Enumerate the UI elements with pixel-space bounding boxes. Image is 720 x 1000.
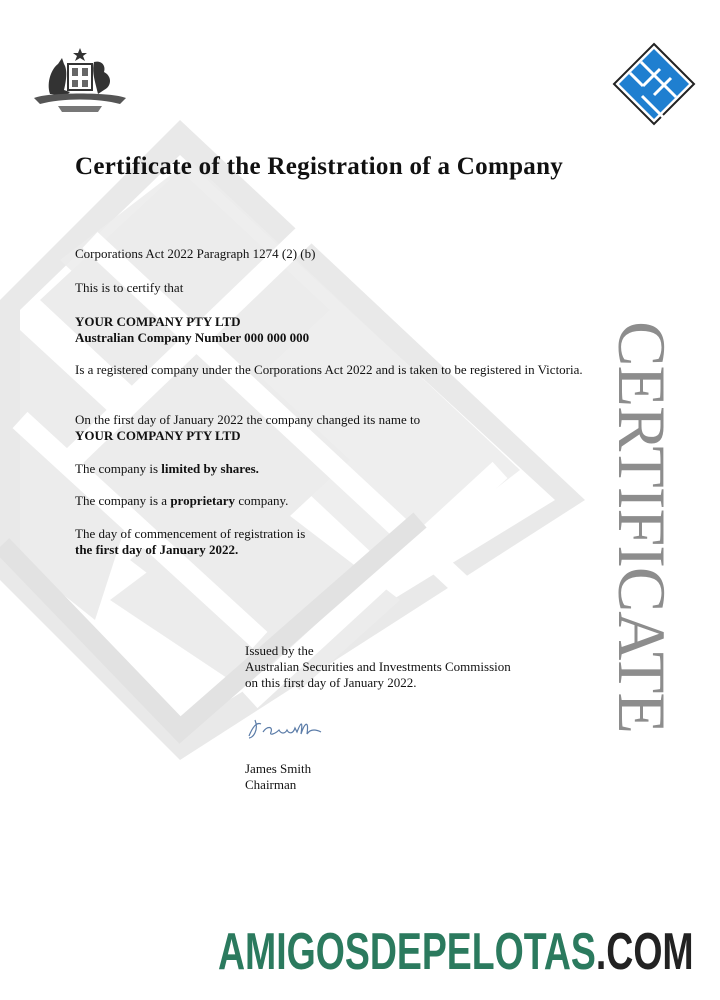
side-label-text: CERTIFICATE (608, 321, 676, 733)
issuer-line-2: Australian Securities and Investments Co… (245, 659, 511, 675)
commencement-block: The day of commencement of registration … (75, 526, 305, 558)
name-change-block: On the first day of January 2022 the com… (75, 412, 420, 444)
company-identity: YOUR COMPANY PTY LTD Australian Company … (75, 314, 309, 346)
proprietary-value: proprietary (170, 493, 235, 508)
signature-icon (245, 716, 345, 742)
limited-value: limited by shares. (161, 461, 259, 476)
limited-statement: The company is limited by shares. (75, 461, 259, 477)
signer-block: James Smith Chairman (245, 761, 311, 793)
registration-statement: Is a registered company under the Corpor… (75, 362, 595, 378)
company-name: YOUR COMPANY PTY LTD (75, 314, 309, 330)
commencement-statement: The day of commencement of registration … (75, 526, 305, 542)
new-company-name: YOUR COMPANY PTY LTD (75, 428, 420, 444)
proprietary-suffix: company. (238, 493, 288, 508)
signer-title: Chairman (245, 777, 311, 793)
issuer-block: Issued by the Australian Securities and … (245, 643, 511, 691)
issuer-line-1: Issued by the (245, 643, 511, 659)
site-tld: .COM (596, 923, 694, 981)
certificate-body: Certificate of the Registration of a Com… (75, 150, 595, 183)
side-certificate-label: CERTIFICATE (592, 262, 692, 792)
certify-intro: This is to certify that (75, 280, 183, 296)
blue-diamond-logo-icon (612, 42, 696, 126)
proprietary-prefix: The company is a (75, 493, 167, 508)
proprietary-statement: The company is a proprietary company. (75, 493, 288, 509)
commencement-date: the first day of January 2022. (75, 542, 305, 558)
issuer-line-3: on this first day of January 2022. (245, 675, 511, 691)
company-number-label: Australian Company Number (75, 330, 241, 345)
name-change-statement: On the first day of January 2022 the com… (75, 412, 420, 428)
signer-name: James Smith (245, 761, 311, 777)
site-watermark: AMIGOSDEPELOTAS.COM (218, 922, 694, 982)
company-number-line: Australian Company Number 000 000 000 (75, 330, 309, 346)
site-name: AMIGOSDEPELOTAS (218, 923, 596, 981)
coat-of-arms-icon (28, 42, 132, 118)
limited-prefix: The company is (75, 461, 158, 476)
company-number: 000 000 000 (244, 330, 309, 345)
certificate-title: Certificate of the Registration of a Com… (75, 150, 595, 183)
act-reference: Corporations Act 2022 Paragraph 1274 (2)… (75, 246, 315, 262)
